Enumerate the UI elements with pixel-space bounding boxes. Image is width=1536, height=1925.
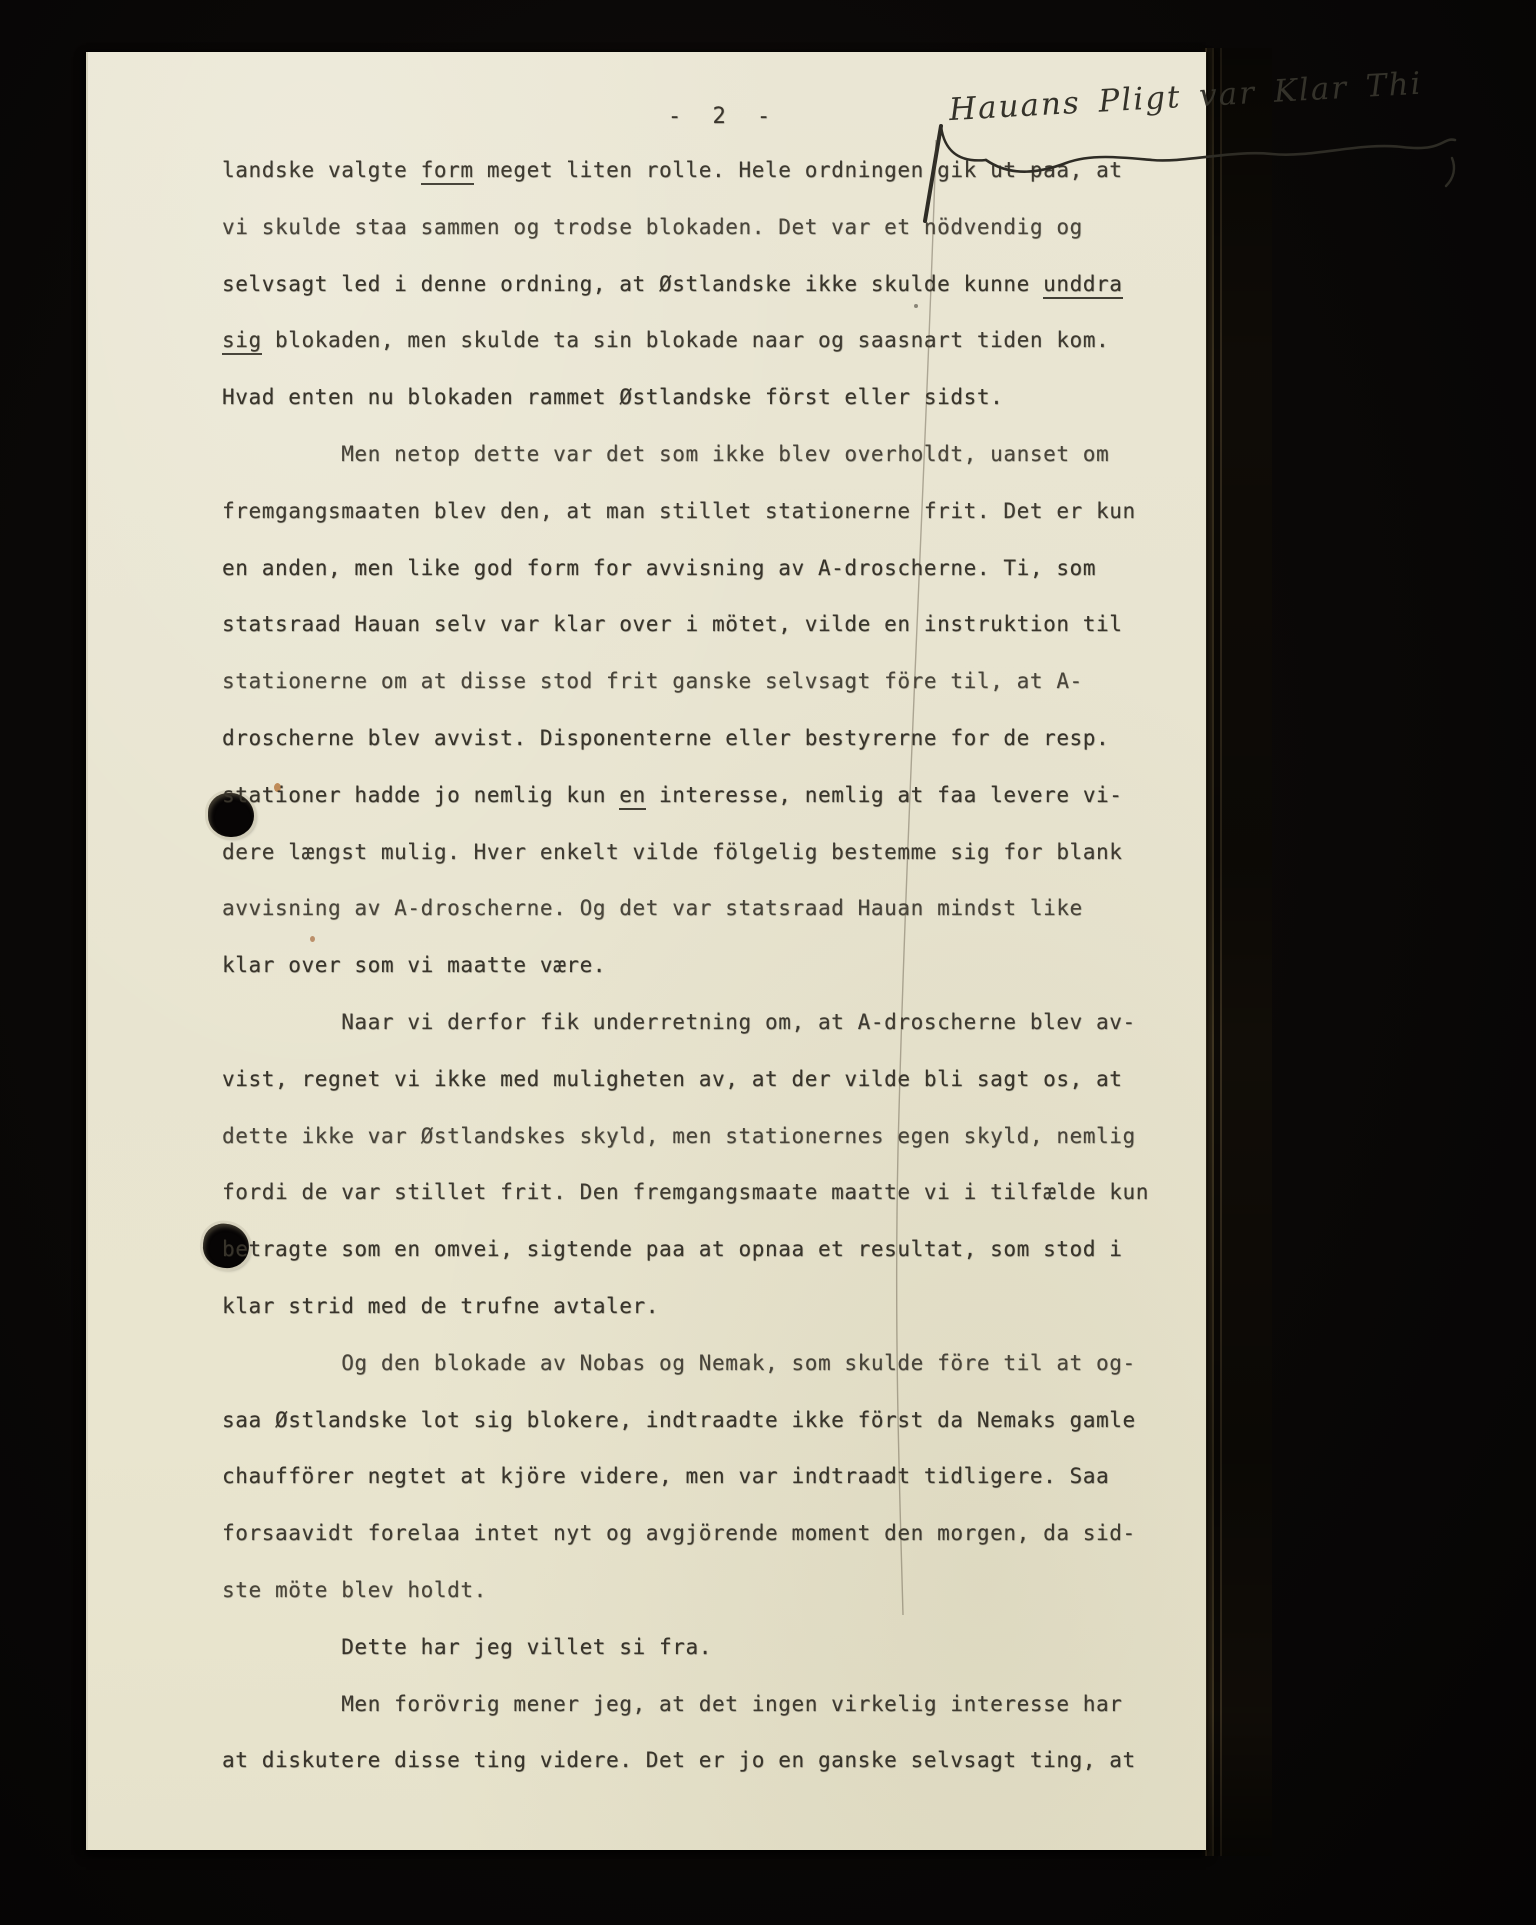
- typed-line: Dette har jeg villet si fra.: [222, 1619, 1182, 1676]
- typed-line: Og den blokade av Nobas og Nemak, som sk…: [222, 1335, 1182, 1392]
- typed-line: statsraad Hauan selv var klar over i möt…: [222, 596, 1182, 653]
- typed-line: vist, regnet vi ikke med muligheten av, …: [222, 1051, 1182, 1108]
- typed-line: stationer hadde jo nemlig kun en interes…: [222, 767, 1182, 824]
- typed-line: Naar vi derfor fik underretning om, at A…: [222, 994, 1182, 1051]
- typed-line: saa Østlandske lot sig blokere, indtraad…: [222, 1392, 1182, 1449]
- typed-line: Men forövrig mener jeg, at det ingen vir…: [222, 1676, 1182, 1733]
- typed-line: klar strid med de trufne avtaler.: [222, 1278, 1182, 1335]
- typed-text: selvsagt led i denne ordning, at Østland…: [222, 272, 1043, 296]
- typed-text: interesse, nemlig at faa levere vi-: [646, 783, 1123, 807]
- typed-text: meget liten rolle. Hele ordningen gik ut…: [474, 158, 1123, 182]
- typed-line: ste möte blev holdt.: [222, 1562, 1182, 1619]
- typed-line: klar over som vi maatte være.: [222, 937, 1182, 994]
- typed-text: stationer hadde jo nemlig kun: [222, 783, 619, 807]
- typed-line: Hvad enten nu blokaden rammet Østlandske…: [222, 369, 1182, 426]
- typed-text-block: landske valgte form meget liten rolle. H…: [222, 142, 1182, 1789]
- typed-line: at diskutere disse ting videre. Det er j…: [222, 1732, 1182, 1789]
- typed-line: fremgangsmaaten blev den, at man stillet…: [222, 483, 1182, 540]
- underlined-word: form: [421, 158, 474, 185]
- underlined-word: en: [619, 783, 646, 810]
- typed-line: dere længst mulig. Hver enkelt vilde föl…: [222, 824, 1182, 881]
- typed-text: blokaden, men skulde ta sin blokade naar…: [262, 328, 1110, 352]
- typed-line: landske valgte form meget liten rolle. H…: [222, 142, 1182, 199]
- typed-line: sig blokaden, men skulde ta sin blokade …: [222, 312, 1182, 369]
- underlined-word: unddra: [1043, 272, 1122, 299]
- typed-line: fordi de var stillet frit. Den fremgangs…: [222, 1164, 1182, 1221]
- typed-line: vi skulde staa sammen og trodse blokaden…: [222, 199, 1182, 256]
- typed-line: en anden, men like god form for avvisnin…: [222, 540, 1182, 597]
- page-number: - 2 -: [668, 104, 779, 129]
- typed-line: droscherne blev avvist. Disponenterne el…: [222, 710, 1182, 767]
- typed-line: stationerne om at disse stod frit ganske…: [222, 653, 1182, 710]
- typed-line: avvisning av A-droscherne. Og det var st…: [222, 880, 1182, 937]
- typed-text: landske valgte: [222, 158, 421, 182]
- typed-line: dette ikke var Østlandskes skyld, men st…: [222, 1108, 1182, 1165]
- stacked-page-edges: [1202, 48, 1272, 1856]
- typed-line: forsaavidt forelaa intet nyt og avgjören…: [222, 1505, 1182, 1562]
- typed-line: Men netop dette var det som ikke blev ov…: [222, 426, 1182, 483]
- annotation-comma: [1446, 158, 1454, 186]
- underlined-word: sig: [222, 328, 262, 355]
- typed-line: betragte som en omvei, sigtende paa at o…: [222, 1221, 1182, 1278]
- typed-line: chaufförer negtet at kjöre videre, men v…: [222, 1448, 1182, 1505]
- typed-line: selvsagt led i denne ordning, at Østland…: [222, 256, 1182, 313]
